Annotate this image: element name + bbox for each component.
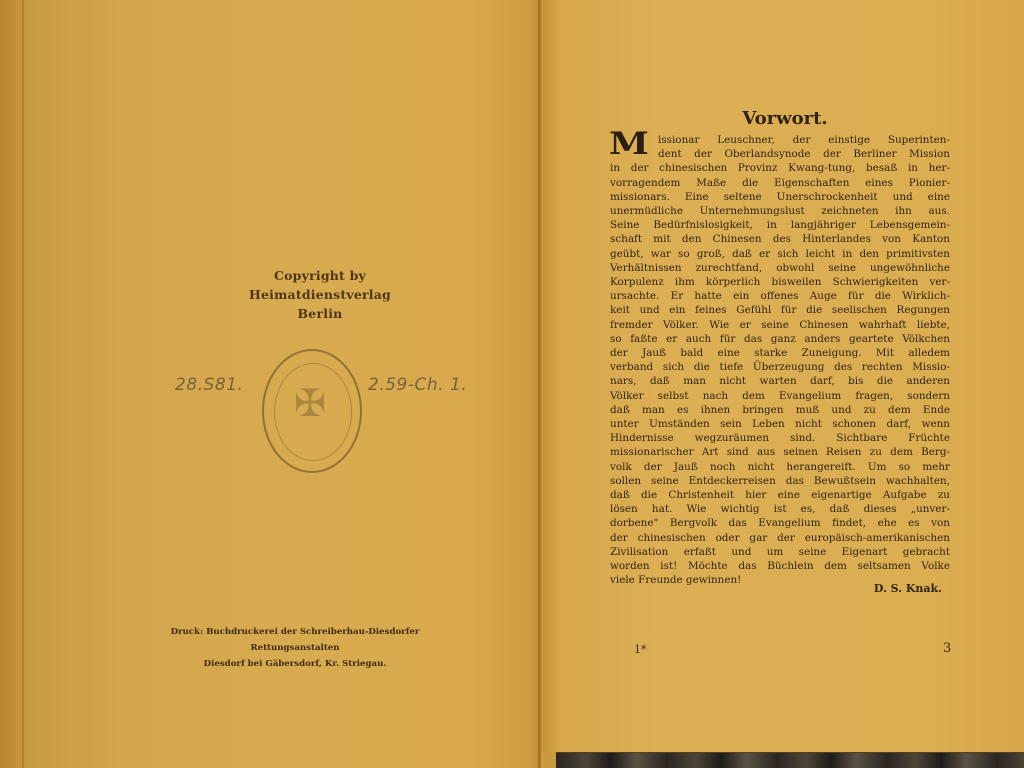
text-line: in der chinesischen Provinz Kwang-tung, … — [610, 161, 950, 175]
text-line: daß man es ihnen bringen muß und zu dem … — [610, 403, 950, 417]
text-line: geübt, war so groß, daß er sich leicht i… — [610, 247, 950, 261]
printer-line-1: Druck: Buchdruckerei der Schreiberhau-Di… — [130, 624, 460, 656]
text-line: daß die Christenheit hier eine eigenarti… — [610, 488, 950, 502]
text-line: Korpulenz ihm körperlich bisweilen Schwi… — [610, 275, 950, 289]
text-line: missionarischer Art sind aus seinen Reis… — [610, 445, 950, 459]
text-line: vorragendem Maße die Eigenschaften eines… — [610, 176, 950, 190]
text-line: sollen seine Entdeckerreisen das Bewußts… — [610, 474, 950, 488]
text-line: dorbene" Bergvolk das Evangelium findet,… — [610, 516, 950, 530]
text-line: der chinesischen oder gar der europäisch… — [610, 531, 950, 545]
page-title: Vorwort. — [600, 108, 970, 129]
signature: D. S. Knak. — [820, 582, 942, 595]
text-line: ursachte. Er hatte ein offenes Auge für … — [610, 289, 950, 303]
copyright-notice: Copyright by Heimatdienstverlag Berlin — [240, 266, 400, 323]
printer-imprint: Druck: Buchdruckerei der Schreiberhau-Di… — [130, 624, 460, 672]
foreword-body: issionar Leuschner, der einstige Superin… — [610, 133, 950, 588]
copyright-line-2: Heimatdienstverlag — [240, 285, 400, 304]
copyright-line-1: Copyright by — [240, 266, 400, 285]
text-line: Völker selbst nach dem Evangelium fragen… — [610, 389, 950, 403]
text-line: fremder Völker. Wie er seine Chinesen wa… — [610, 318, 950, 332]
printer-line-2: Diesdorf bei Gäbersdorf, Kr. Striegau. — [130, 656, 460, 672]
text-line: nars, daß man nicht warten darf, bis die… — [610, 374, 950, 388]
copyright-line-3: Berlin — [240, 304, 400, 323]
text-line: Zivilisation erfaßt und um seine Eigenar… — [610, 545, 950, 559]
text-line: lösen hat. Wie wichtig ist es, daß diese… — [610, 502, 950, 516]
book-cover-edge — [556, 752, 1024, 768]
text-line: issionar Leuschner, der einstige Superin… — [610, 133, 950, 147]
eagle-seal-icon: ✠ — [294, 381, 326, 425]
signature-mark: 1* — [634, 643, 647, 656]
library-stamp: ✠ — [262, 349, 362, 473]
text-line: unermüdliche Unternehmungslust zeichnete… — [610, 204, 950, 218]
text-line: schaft mit den Chinesen des Hinterlandes… — [610, 232, 950, 246]
text-line: Verhältnissen zurechtfand, obwohl seine … — [610, 261, 950, 275]
text-line: der Jauß bald eine starke Zuneigung. Mit… — [610, 346, 950, 360]
handwritten-note-left: 28.S81. — [175, 375, 243, 395]
text-line: Seine Bedürfnislosigkeit, in langjährige… — [610, 218, 950, 232]
text-line: dent der Oberlandsynode der Berliner Mis… — [610, 147, 950, 161]
text-line: missionars. Eine seltene Unerschrockenhe… — [610, 190, 950, 204]
open-book-spread: Copyright by Heimatdienstverlag Berlin ✠… — [0, 0, 1024, 768]
text-line: unter Umständen sein Leben nicht schonen… — [610, 417, 950, 431]
handwritten-note-right: 2.59-Ch. 1. — [368, 375, 467, 395]
text-line: so faßte er auch für das ganz anders gea… — [610, 332, 950, 346]
text-line: worden ist! Möchte das Büchlein dem selt… — [610, 559, 950, 573]
text-line: keit und ein feines Gefühl für die seeli… — [610, 303, 950, 317]
page-number: 3 — [943, 641, 951, 656]
text-line: verband sich die tiefe Überzeugung des r… — [610, 360, 950, 374]
text-line: volk der Jauß noch nicht herangereift. U… — [610, 460, 950, 474]
book-gutter — [538, 0, 541, 768]
text-line: Hindernisse wegzuräumen sind. Sichtbare … — [610, 431, 950, 445]
